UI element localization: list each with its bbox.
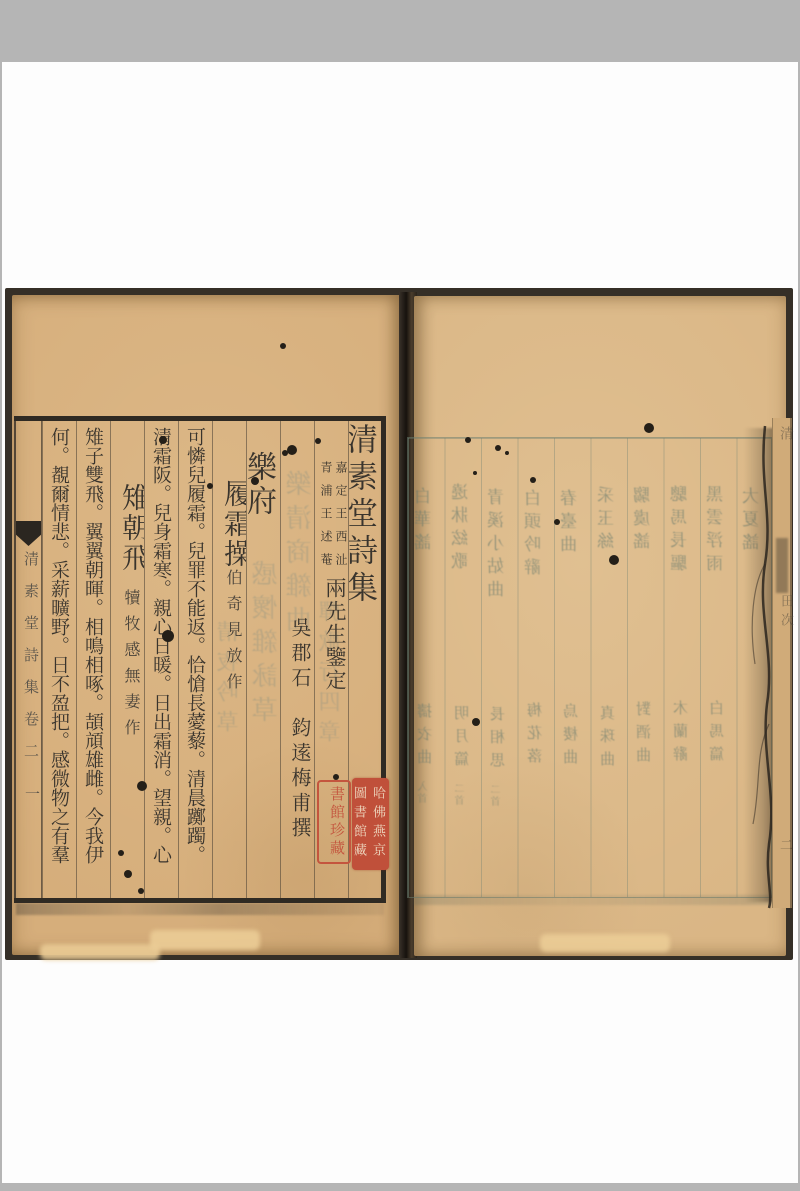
author-column: 吳郡石 鈞逺梅甫撰 bbox=[280, 421, 314, 898]
ink-spot bbox=[609, 555, 619, 565]
bleedthrough-title: 黑雲浮雨 bbox=[704, 485, 729, 577]
bleedthrough-title: 春臺曲 bbox=[558, 489, 583, 558]
ink-spot bbox=[315, 438, 321, 444]
bleedthrough-column: 驄馬長驅木蘭辭 bbox=[668, 437, 698, 897]
ink-spot bbox=[137, 781, 147, 791]
scanned-book-spread: 樂清商雜曲 感懷雜詠草 彈歌行四章 清夜吟草 清素堂詩集卷二 一 清素堂詩集 嘉… bbox=[0, 0, 800, 1191]
banxin-fold-column: 清素堂詩集卷二 一 bbox=[14, 421, 42, 898]
bleedthrough-lower: 長相思 bbox=[487, 706, 508, 775]
poem2-title: 雉朝飛 bbox=[114, 483, 144, 573]
ink-spot bbox=[124, 870, 132, 878]
reviewer-name-left: 青浦王述菴 bbox=[318, 461, 335, 591]
bleedthrough-lower: 真珠曲 bbox=[597, 705, 618, 774]
ink-spot bbox=[333, 774, 339, 780]
poem1-title: 履霜操 bbox=[216, 479, 246, 569]
ink-spot bbox=[282, 450, 288, 456]
ink-spot bbox=[472, 718, 480, 726]
ink-spot bbox=[251, 477, 259, 485]
ink-smudge bbox=[414, 895, 774, 905]
edge-fragment-glyph: 田次 bbox=[776, 594, 795, 632]
author-attribution: 吳郡石 鈞逺梅甫撰 bbox=[286, 617, 314, 887]
bleedthrough-lower: 對酒曲 bbox=[633, 701, 654, 770]
bleedthrough-lower: 烏棲曲 bbox=[560, 703, 581, 772]
bleedthrough-column: 白頭吟辭梅花落 bbox=[522, 437, 552, 897]
poem2-verse-line: 何。覩爾情悲。采薪曠野。日不盈把。感微物之有羣 bbox=[42, 421, 76, 898]
bleedthrough-column: 白華謠擣衣曲 入首 bbox=[412, 437, 442, 897]
bleedthrough-title: 遶牀絃歌 bbox=[449, 483, 474, 575]
bleedthrough-lower: 木蘭辭 bbox=[670, 700, 691, 769]
ink-spot bbox=[207, 483, 213, 489]
poem2-title-column: 雉朝飛 犢牧感無妻作 bbox=[110, 421, 144, 898]
ink-spot bbox=[505, 451, 509, 455]
bleedthrough-column: 黑雲浮雨白馬篇 bbox=[704, 437, 734, 897]
fishtail-mark-icon bbox=[16, 530, 41, 546]
bleedthrough-column: 遶牀絃歌明月篇 二首 bbox=[449, 437, 479, 897]
ink-spot bbox=[465, 437, 471, 443]
paper-repair-patch bbox=[40, 944, 160, 960]
bleedthrough-lower: 擣衣曲 bbox=[414, 703, 435, 772]
reviewer-name-right: 嘉定王西沚 bbox=[333, 461, 348, 591]
bleedthrough-column: 青溪小姑曲長相思 二首 bbox=[485, 437, 515, 897]
scan-margin-left bbox=[0, 0, 2, 1191]
poem1-verse-line: 清霜阪。兒身霜寒。親心日暖。日出霜消。望親。心轉。 bbox=[144, 421, 178, 898]
bleedthrough-lower: 白馬篇 bbox=[706, 700, 727, 769]
scan-margin-top bbox=[0, 0, 800, 62]
ink-spot bbox=[530, 477, 536, 483]
poem1-verse-line: 可憐兒履霜。兒罪不能返。恰愴長薆藜。清晨躑躅。 bbox=[178, 421, 212, 898]
ink-spot bbox=[495, 445, 501, 451]
bleedthrough-lower: 梅花落 bbox=[524, 702, 545, 771]
paper-repair-patch bbox=[540, 934, 670, 952]
bleedthrough-column: 騶虞謠對酒曲 bbox=[631, 437, 661, 897]
bleedthrough-count-note: 二首 bbox=[490, 784, 505, 808]
ink-spot bbox=[644, 423, 654, 433]
adjacent-leaf-edge: 清 田次 二 bbox=[772, 418, 792, 908]
bleedthrough-title: 騶虞謠 bbox=[631, 486, 656, 555]
ink-smudge bbox=[16, 903, 384, 915]
bleedthrough-title: 驄馬長驅 bbox=[668, 485, 693, 577]
poem2-verse-line: 雉子雙飛。翼翼朝暉。相鳴相啄。頡頏雄雌。今我伊 bbox=[76, 421, 110, 898]
banxin-page-number: 一 bbox=[22, 786, 43, 801]
ink-spot bbox=[162, 630, 174, 642]
ink-spot bbox=[138, 888, 144, 894]
bleedthrough-title: 白華謠 bbox=[412, 487, 437, 556]
edge-fragment-glyph: 清 bbox=[776, 426, 796, 440]
bleedthrough-column: 采玉絲真珠曲 bbox=[595, 437, 625, 897]
bleedthrough-count-note: 入首 bbox=[417, 781, 432, 805]
reviewer-suffix: 兩先生鑒定 bbox=[320, 577, 348, 692]
ink-spot bbox=[280, 343, 286, 349]
library-seal-outline: 書館珍藏 bbox=[317, 780, 351, 864]
poem2-subtitle: 犢牧感無妻作 bbox=[120, 589, 143, 769]
bleedthrough-title: 青溪小姑曲 bbox=[485, 488, 510, 603]
ink-spot bbox=[473, 471, 477, 475]
edge-fishtail-showthrough bbox=[776, 538, 788, 593]
bleedthrough-title: 白頭吟辭 bbox=[522, 489, 547, 581]
scan-margin-bottom bbox=[0, 1183, 800, 1191]
section-heading: 樂府 bbox=[246, 421, 280, 898]
poem1-subtitle: 伯奇見放作 bbox=[222, 569, 245, 729]
paper-repair-patch bbox=[150, 930, 260, 950]
ink-spot bbox=[554, 519, 560, 525]
ink-spot bbox=[118, 850, 124, 856]
bleedthrough-lower: 明月篇 bbox=[451, 705, 472, 774]
bleedthrough-column: 春臺曲烏棲曲 bbox=[558, 437, 588, 897]
library-seal-solid: 哈佛燕京圖書館藏 bbox=[352, 778, 389, 870]
ink-spot bbox=[159, 436, 167, 444]
banxin-volume-title: 清素堂詩集卷二 bbox=[21, 551, 42, 791]
ink-spot bbox=[287, 445, 297, 455]
bleedthrough-count-note: 二首 bbox=[454, 783, 469, 807]
banxin-bar bbox=[16, 521, 41, 530]
edge-page-number: 二 bbox=[775, 838, 794, 851]
bleedthrough-title: 采玉絲 bbox=[595, 486, 620, 555]
poem1-title-column: 履霜操 伯奇見放作 bbox=[212, 421, 246, 898]
